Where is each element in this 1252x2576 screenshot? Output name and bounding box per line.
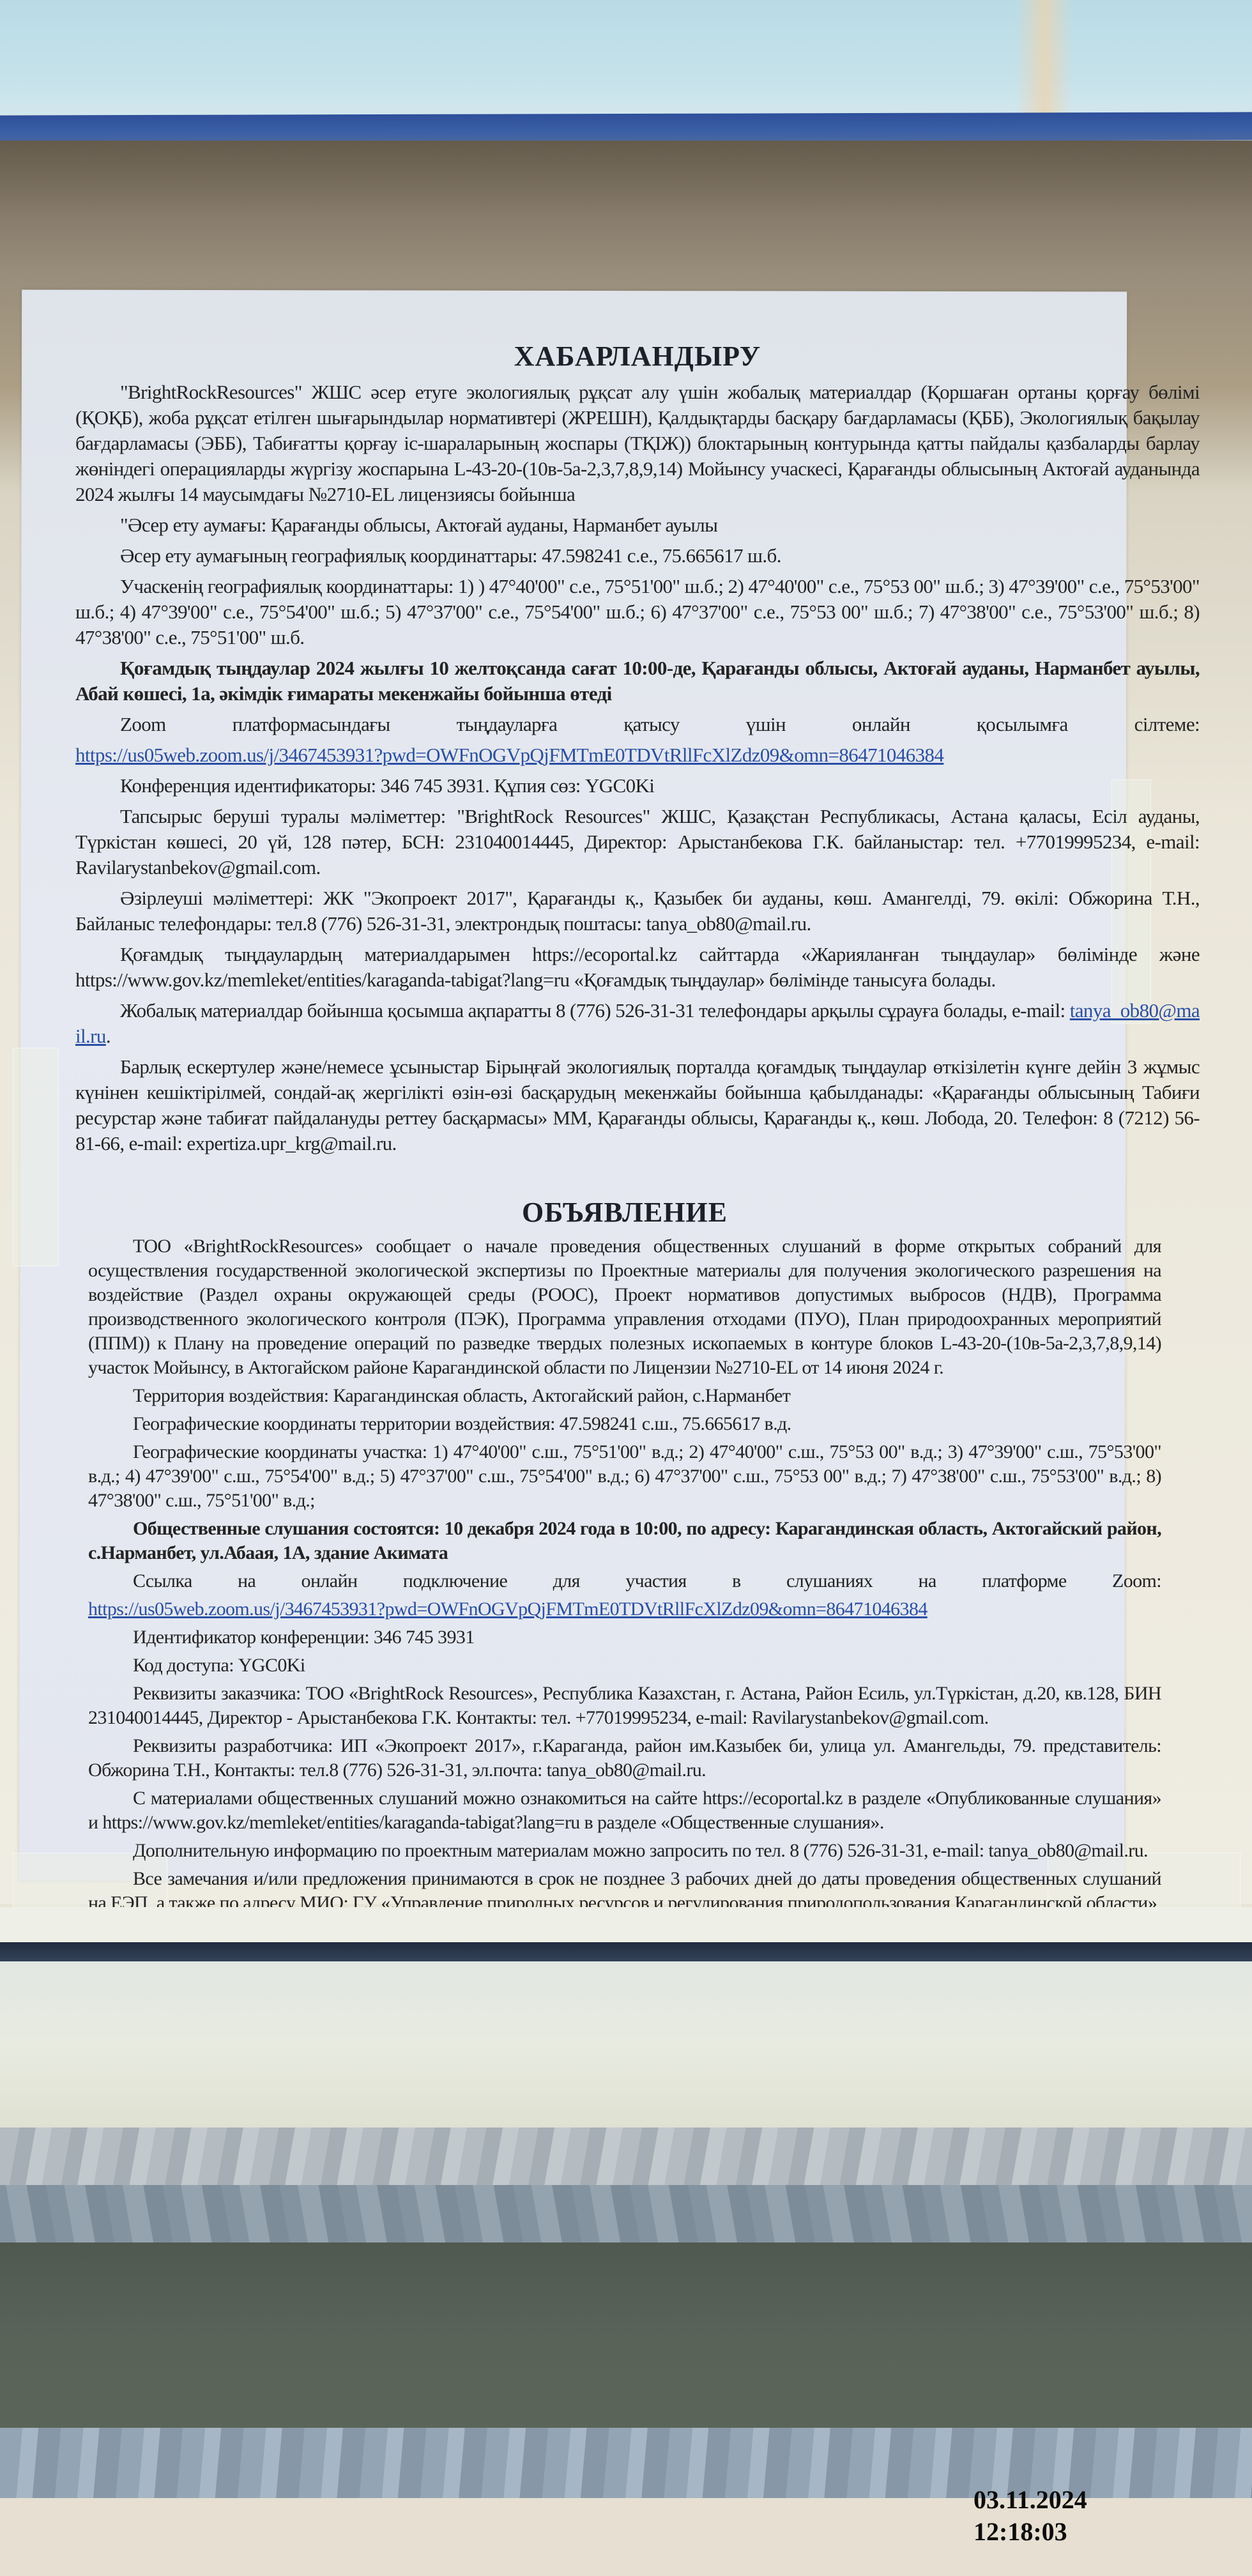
kazakh-conference-id: Конференция идентификаторы: 346 745 3931… — [75, 773, 1200, 799]
kazakh-intro: "BrightRockResources" ЖШС әсер етуге эко… — [75, 379, 1200, 507]
russian-hearing-date: Общественные слушания состоятся: 10 дека… — [88, 1517, 1161, 1565]
russian-customer-info: Реквизиты заказчика: ТОО «BrightRock Res… — [88, 1682, 1161, 1730]
tape-left — [13, 1048, 59, 1266]
kazakh-developer-info: Әзірлеуші мәліметтері: ЖК "Экопроект 201… — [75, 885, 1200, 937]
board-ledge — [0, 1961, 1252, 2127]
kazakh-comments-info: Барлық ескертулер және/немесе ұсыныстар … — [75, 1054, 1200, 1156]
russian-zoom-link[interactable]: https://us05web.zoom.us/j/3467453931?pwd… — [88, 1598, 928, 1620]
board-bottom-margin — [0, 1907, 1252, 1945]
kazakh-site-coords: Учаскенің географиялық координаттары: 1)… — [75, 574, 1200, 650]
russian-title: ОБЪЯВЛЕНИЕ — [88, 1195, 1161, 1230]
board-frame-top — [0, 112, 1252, 143]
kazakh-impact-coords: Әсер ету аумағының географиялық координа… — [75, 543, 1200, 569]
kazakh-notice: ХАБАРЛАНДЫРУ "BrightRockResources" ЖШС ә… — [75, 339, 1200, 1156]
photo-timestamp: 03.11.2024 12:18:03 — [973, 2484, 1087, 2548]
kazakh-hearing-date: Қоғамдық тыңдаулар 2024 жылғы 10 желтоқс… — [75, 655, 1200, 707]
russian-access-code: Код доступа: YGC0Ki — [88, 1653, 1161, 1678]
kazakh-zoom-label: Zoom платформасындағы тыңдауларға қатысу… — [75, 712, 1200, 737]
russian-developer-info: Реквизиты разработчика: ИП «Экопроект 20… — [88, 1734, 1161, 1782]
glass-frame-rail — [0, 1942, 1252, 1961]
kazakh-zoom-link[interactable]: https://us05web.zoom.us/j/3467453931?pwd… — [75, 744, 943, 766]
notice-content: ХАБАРЛАНДЫРУ "BrightRockResources" ЖШС ә… — [75, 339, 1200, 1943]
russian-notice: ОБЪЯВЛЕНИЕ ТОО «BrightRockResources» соо… — [88, 1195, 1161, 1940]
kazakh-impact-area: "Әсер ету аумағы: Қарағанды облысы, Акто… — [75, 512, 1200, 538]
russian-additional-info: Дополнительную информацию по проектным м… — [88, 1839, 1161, 1863]
kazakh-title: ХАБАРЛАНДЫРУ — [75, 339, 1200, 374]
russian-materials-info: С материалами общественных слушаний можн… — [88, 1786, 1161, 1835]
russian-site-coords: Географические координаты участка: 1) 47… — [88, 1440, 1161, 1513]
russian-intro: ТОО «BrightRockResources» сообщает о нач… — [88, 1234, 1161, 1380]
photo-time: 12:18:03 — [973, 2516, 1087, 2548]
russian-impact-coords: Географические координаты территории воз… — [88, 1412, 1161, 1436]
metal-panel-dark — [0, 2242, 1252, 2434]
kazakh-additional-info-text: Жобалық материалдар бойынша қосымша ақпа… — [120, 999, 1065, 1022]
russian-zoom-label: Ссылка на онлайн подключение для участия… — [88, 1569, 1161, 1593]
sky-background — [0, 0, 1252, 115]
photo-date: 03.11.2024 — [973, 2484, 1087, 2516]
russian-impact-area: Территория воздействия: Карагандинская о… — [88, 1384, 1161, 1408]
kazakh-additional-info: Жобалық материалдар бойынша қосымша ақпа… — [75, 998, 1200, 1049]
kazakh-customer-info: Тапсырыс беруші туралы мәліметтер: "Brig… — [75, 804, 1200, 880]
kazakh-materials-info: Қоғамдық тыңдаулардың материалдарымен ht… — [75, 942, 1200, 993]
russian-conference-id: Идентификатор конференции: 346 745 3931 — [88, 1625, 1161, 1650]
board-shadow — [0, 141, 1252, 268]
